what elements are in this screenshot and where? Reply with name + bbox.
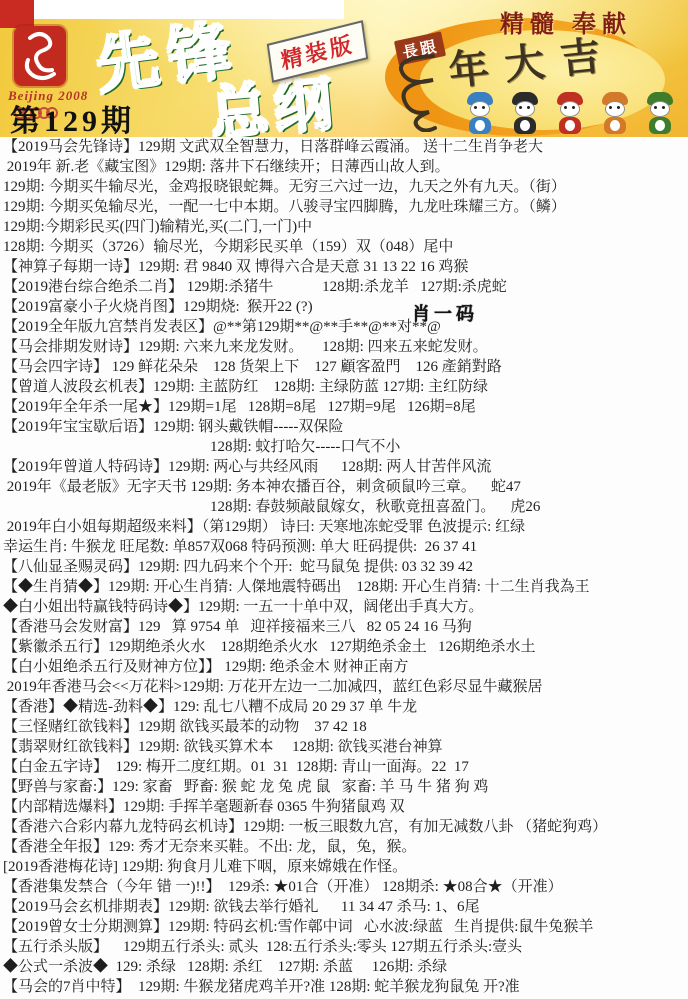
text-line: 【曾道人波段玄机表】129期: 主蓝防红 128期: 主绿防蓝 127期: 主红… [0, 377, 688, 397]
text-line: 【白小姐绝杀五行及财神方位】】 129期: 绝杀金木 财神正南方 [0, 657, 688, 677]
text-line: 【马会四字诗】 129 鲜花朵朵 128 货架上下 127 顧客盈門 126 產… [0, 357, 688, 377]
text-line: 【八仙显圣赐灵码】129期: 四九码来个个开: 蛇马鼠兔 提供: 03 32 3… [0, 557, 688, 577]
mascot-beibei-blue-icon [462, 92, 498, 136]
text-line: 2019年白小姐每期超级来料】（第129期） 诗曰: 天寒地冻蛇受罪 色波提示:… [0, 517, 688, 537]
text-line: 【2019曾女士分期测算】129期: 特码玄机:雪作鄣中词 心水波:绿蓝 生肖提… [0, 917, 688, 937]
text-line: 【2019全年版九宫禁肖发表区】@**第129期**@**手**@**对**@ [0, 317, 688, 337]
text-line: 129期: 今期买兔输尽光，一配一七中本期。八骏寻宝四脚腾，九龙吐珠耀三方。（鳞… [0, 197, 688, 217]
text-line: 【2019年曾道人特码诗】129期: 两心与共经风雨 128期: 两人甘苦伴风流 [0, 457, 688, 477]
text-line: 【香港集发禁合（今年 错 一)!!】 129杀: ★01合（开准） 128期杀:… [0, 877, 688, 897]
text-line: 【2019马会玄机排期表】129期: 欲钱去举行婚礼 11 34 47 杀马: … [0, 897, 688, 917]
text-line: 128期: 春鼓频敲鼠嫁女，秋歌竟扭喜盈门。 虎26 [0, 497, 688, 517]
text-line: [2019香港梅花诗] 129期: 狗食月儿难下咽，原来嫦娥在作怪。 [0, 857, 688, 877]
text-line: 128期: 今期买（3726）输尽光，今期彩民买单（159）双（048）尾中 [0, 237, 688, 257]
text-line: 【翡翠财红欲钱料】129期: 欲钱买算术本 128期: 欲钱买港台神算 [0, 737, 688, 757]
mascot-nini-green-icon [642, 92, 678, 136]
text-line: 【香港六合彩内幕九龙特码玄机诗】129期: 一板三眼数九宫，有加无减数八卦 （猪… [0, 817, 688, 837]
overlap-bold-text: 肖一码 [412, 300, 478, 326]
text-line: 128期: 蚊打哈欠-----口气不小 [0, 437, 688, 457]
text-line: 【2019港台综合绝杀二肖】 129期:杀猪牛 128期:杀龙羊 127期:杀虎… [0, 277, 688, 297]
text-line: ◆公式一杀波◆ 129: 杀绿 128期: 杀红 127期: 杀蓝 126期: … [0, 957, 688, 977]
body-lines: 【2019马会先锋诗】129期 文武双全智慧力，日落群峰云霞涌。 送十二生肖争老… [0, 137, 688, 997]
text-line: 2019年 新.老《藏宝图》129期: 落井下石继续开；日薄西山故人到。 [0, 157, 688, 177]
text-line: 【内部精选爆料】129期: 手挥羊毫题新春 0365 牛狗猪鼠鸡 双 [0, 797, 688, 817]
mascot-yingying-orange-icon [597, 92, 633, 136]
top-right-slogan: 精髓 奉献 [500, 4, 632, 39]
text-line: 【香港全年报】129: 秀才无奈来买鞋。不出: 龙，鼠，兔，猴。 [0, 837, 688, 857]
text-line: 【2019年宝宝歇后语】129期: 钢头戴铁帽-----双保险 [0, 417, 688, 437]
text-line: 【香港马会发财富】129 算 9754 单 迎祥接福来三八 82 05 24 1… [0, 617, 688, 637]
text-line: 【五行杀头版】 129期五行杀头: 贰头 128:五行杀头:零头 127期五行杀… [0, 937, 688, 957]
text-line: ◆白小姐出特赢钱特码诗◆】129期: 一五一十单中双，阔佬出手真大方。 [0, 597, 688, 617]
text-line: 【香港】◆精选-劲料◆】129: 乱七八糟不成局 20 29 37 单 牛龙 [0, 697, 688, 717]
text-line: 【2019年全年杀一尾★】129期=1尾 128期=8尾 127期=9尾 126… [0, 397, 688, 417]
text-line: 【白金五字诗】 129: 梅开二度红期。01 31 128期: 青山一面海。22… [0, 757, 688, 777]
masthead: Beijing 2008 第129期 先锋 总纲 精装版 長跟 年大吉 精髓 奉… [0, 0, 688, 137]
text-line: 【2019富豪小子火烧肖图】129期烧: 猴开22 (?) [0, 297, 688, 317]
text-line: 幸运生肖: 牛猴龙 旺尾数: 单857双068 特码预测: 单大 旺码提供: 2… [0, 537, 688, 557]
lottery-tipsheet-page: Beijing 2008 第129期 先锋 总纲 精装版 長跟 年大吉 精髓 奉… [0, 0, 688, 999]
fuwa-mascots [462, 92, 678, 136]
text-line: 【马会排期发财诗】129期: 六来九来龙发财。 128期: 四来五来蛇发财。 [0, 337, 688, 357]
corner-red-block [0, 0, 34, 28]
text-line: 【紫徽杀五行】129期绝杀火水 128期绝杀火水 127期绝杀金土 126期绝杀… [0, 637, 688, 657]
text-line: 2019年香港马会<<万花料>129期: 万花开左边一二加减四，蓝红色彩尽显牛藏… [0, 677, 688, 697]
text-line: 2019年《最老版》无字天书 129期: 务本神农播百谷，刺贪硕鼠吟三章。 蛇4… [0, 477, 688, 497]
text-line: 【野兽与家畜:】129: 家畜 野畜: 猴 蛇 龙 兔 虎 鼠 家畜: 羊 马 … [0, 777, 688, 797]
beijing-olympics-emblem-icon [14, 26, 66, 86]
text-line: 129期: 今期买牛输尽光，金鸡报晓银蛇舞。无穷三六过一边，九天之外有九天。（街… [0, 177, 688, 197]
text-line: 【三怪赌红欲钱料】129期 欲钱买最苯的动物 37 42 18 [0, 717, 688, 737]
text-line: 【◆生肖猜◆】129期: 开心生肖猜: 人傑地震特碼出 128期: 开心生肖猜:… [0, 577, 688, 597]
text-line: 【马会的7肖中特】 129期: 牛猴龙猪虎鸡羊开?准 128期: 蛇羊猴龙狗鼠兔… [0, 977, 688, 997]
text-line: 【2019马会先锋诗】129期 文武双全智慧力，日落群峰云霞涌。 送十二生肖争老… [0, 137, 688, 157]
text-line: 【神算子每期一诗】129期: 君 9840 双 博得六合是天意 31 13 22… [0, 257, 688, 277]
mascot-jingjing-panda-icon [507, 92, 543, 136]
text-line: 129期:今期彩民买(四门)输精光,买(二门,一门)中 [0, 217, 688, 237]
mascot-huanhuan-red-icon [552, 92, 588, 136]
